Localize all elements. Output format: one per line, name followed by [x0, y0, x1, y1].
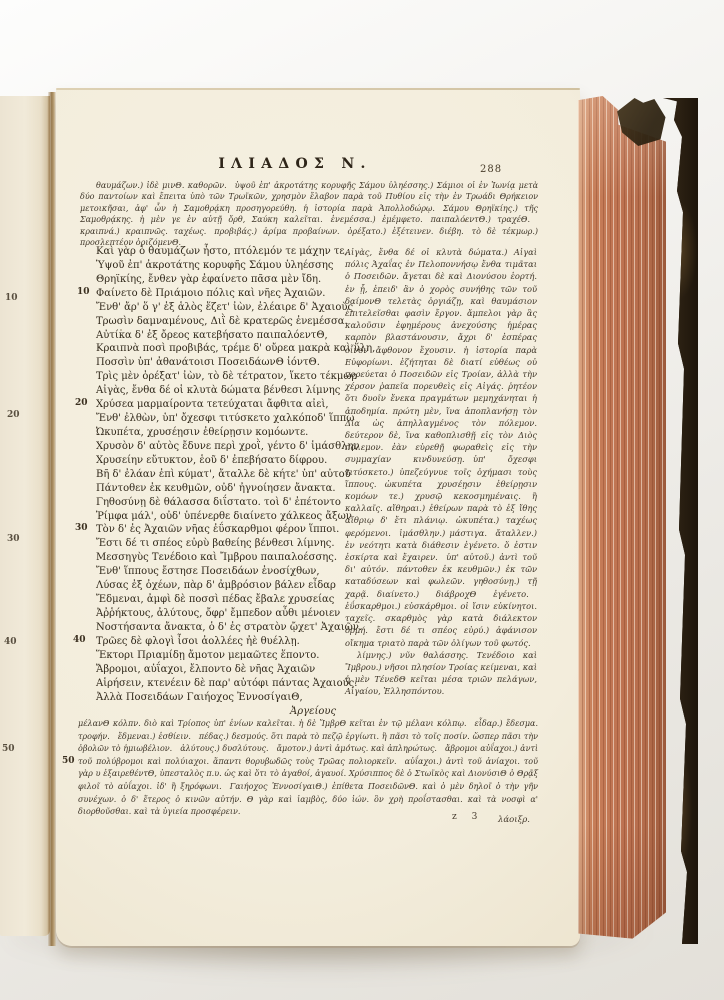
verse-line: Γηθοσύνῃ δὲ θάλασσα διΐστατο. τοὶ δ' ἐπέ…	[96, 496, 348, 510]
verse-line: Ὑψοῦ ἐπ' ἀκροτάτης κορυφῆς Σάμου ὑληέσση…	[96, 259, 348, 273]
right-scholia-column: Αἰγὰς, ἔνθα δέ οἱ κλυτὰ δώματα.) Αἰγαὶ π…	[345, 246, 537, 698]
verse-line: Τὸν δ' ἐς Ἀχαιῶν νῆας ἐΰσκαρθμοι φέρον ἵ…	[96, 523, 348, 537]
verse-line: Λύσας ἐξ ὀχέων, πὰρ δ' ἀμβρόσιον βάλεν ε…	[96, 579, 348, 593]
foxing-speck	[464, 219, 466, 222]
verse-line: Ὠκυπέτα, χρυσέῃσιν ἐθείρῃσιν κομόωντε.	[96, 426, 348, 440]
line-number: 10	[77, 287, 95, 297]
verse-line: Ἔστι δέ τι σπέος εὐρὺ βαθείης βένθεσι λί…	[96, 537, 348, 551]
verse-line: Ἔνθ' ἄρ' ὅ γ' ἐξ ἁλὸς ἕζετ' ἰὼν, ἐλέαιρε…	[96, 301, 348, 315]
gutter-fold	[48, 92, 56, 946]
verse-line: Αὐτίκα δ' ἐξ ὄρεος κατεβήσατο παιπαλόεντ…	[96, 329, 348, 343]
verse-line: Νοστήσαντα ἄνακτα, ὁ δ' ἐς στρατὸν ᾤχετ'…	[96, 621, 348, 635]
verse-line: Ἔδμεναι, ἀμφὶ δὲ ποσσὶ πέδας ἔβαλε χρυσε…	[96, 593, 348, 607]
verse-line: Αἰγὰς, ἔνθα δέ οἱ κλυτὰ δώματα βένθεσι λ…	[96, 384, 348, 398]
verse-line: Ἕκτορι Πριαμίδῃ ἄμοτον μεμαῶτες ἕποντο.	[96, 649, 348, 663]
verse-line: Ἔνθ' ἵππους ἔστησε Ποσειδάων ἐνοσίχθων,	[96, 565, 348, 579]
verse-line: Ῥίμφα μάλ', οὐδ' ὑπένερθε διαίνετο χάλκε…	[96, 510, 348, 524]
line-number: 50	[62, 756, 75, 766]
verse-line: Μεσσηγὺς Τενέδοιο καὶ Ἴμβρου παιπαλοέσση…	[96, 551, 348, 565]
verse-line: Θρηϊκίης, ἔνθεν γὰρ ἐφαίνετο πᾶσα μὲν ἴδ…	[96, 273, 348, 287]
line-number: 10	[5, 293, 18, 303]
line-number: 20	[7, 410, 20, 420]
verse-column: Καὶ γὰρ ὁ θαυμάζων ἧστο, πτόλεμόν τε μάχ…	[96, 245, 348, 704]
page-number: 288	[480, 164, 502, 175]
verse-line: Ἔνθ' ἐλθὼν, ὑπ' ὄχεσφι τιτύσκετο χαλκόπο…	[96, 412, 348, 426]
running-title: ΙΛΙΑΔΟΣ Ν.	[218, 156, 371, 172]
verse-line: Ἄβρομοι, αὐΐαχοι, ἔλποντο δὲ νῆας Ἀχαιῶν	[96, 663, 348, 677]
line-number: 40	[73, 635, 91, 645]
book-photograph: 1020304050 ΙΛΙΑΔΟΣ Ν. 288 θαυμάζων.) ἰδὲ…	[0, 0, 724, 1000]
verse-line: Ἀλλὰ Ποσειδάων Γαιήοχος ἘννοσίγαιΘ,	[96, 691, 348, 705]
foxing-speck	[120, 329, 122, 331]
verse-line: Φαίνετο δὲ Πριάμοιο πόλις καὶ νῆες Ἀχαιῶ…	[96, 287, 348, 301]
verse-line: Τρῶες δὲ φλογὶ ἶσοι ἀολλέες ἠὲ θυέλλῃ.	[96, 635, 348, 649]
bottom-scholia-block: μέλανΘ κόλπν. διὸ καὶ Τρίοπος ὑπ' ἐνίων …	[78, 718, 538, 819]
verse-line: Χρυσείην εὔτυκτον, ἑοῦ δ' ἐπεβήσατο δίφρ…	[96, 454, 348, 468]
verse-catchword: Ἀργείους	[290, 706, 336, 717]
verse-line: Χρυσὸν δ' αὐτὸς ἔδυνε περὶ χροῒ, γέντο δ…	[96, 440, 348, 454]
signature-mark: z 3	[452, 812, 483, 822]
fore-edge-pages	[578, 96, 666, 942]
verse-line: Τρωσὶν δαμναμένους, Διῒ δὲ κρατερῶς ἐνεμ…	[96, 315, 348, 329]
book-page: ΙΛΙΑΔΟΣ Ν. 288 θαυμάζων.) ἰδὲ μινΘ. καθο…	[56, 88, 580, 946]
verse-line: Ποσσὶν ὑπ' ἀθανάτοισι ΠοσειδάωνΘ ἰόντΘ.	[96, 356, 348, 370]
line-number: 40	[4, 637, 17, 647]
verse-line: Κραιπνὰ ποσὶ προβιβάς, τρέμε δ' οὔρεα μα…	[96, 342, 348, 356]
verse-line: Βῆ δ' ἐλάαν ἐπὶ κύματ', ἄταλλε δὲ κήτε' …	[96, 468, 348, 482]
top-scholia-block: θαυμάζων.) ἰδὲ μινΘ. καθορῶν. ὑψοῦ ἐπ' ἀ…	[80, 180, 538, 248]
verse-line: Χρύσεα μαρμαίροντα τετεύχαται ἄφθιτα αἰε…	[96, 398, 348, 412]
verse-line: Ἀῤῥήκτους, ἀλύτους, ὄφρ' ἔμπεδον αὖθι μέ…	[96, 607, 348, 621]
scholia-paragraph: λίμνης.) νῦν θαλάσσης. Τενέδοιο καὶ Ἴμβρ…	[345, 649, 537, 698]
page-catchword: λάοιξρ.	[498, 815, 530, 825]
foxing-speck	[348, 745, 350, 747]
scholia-paragraph: Αἰγὰς, ἔνθα δέ οἱ κλυτὰ δώματα.) Αἰγαὶ π…	[345, 246, 537, 649]
verse-line: Τρὶς μὲν ὀρέξατ' ἰὼν, τὸ δὲ τέτρατον, ἵκ…	[96, 370, 348, 384]
verse-line: Καὶ γὰρ ὁ θαυμάζων ἧστο, πτόλεμόν τε μάχ…	[96, 245, 348, 259]
verse-line: Αἱρήσειν, κτενέειν δὲ παρ' αὐτόφι πάντας…	[96, 677, 348, 691]
line-number: 50	[2, 744, 15, 754]
verse-line: Πάντοθεν ἐκ κευθμῶν, οὐδ' ἠγνοίησεν ἄνακ…	[96, 482, 348, 496]
facing-page-edge	[0, 96, 50, 936]
line-number: 30	[7, 534, 20, 544]
line-number: 30	[75, 523, 93, 533]
line-number: 20	[75, 398, 93, 408]
